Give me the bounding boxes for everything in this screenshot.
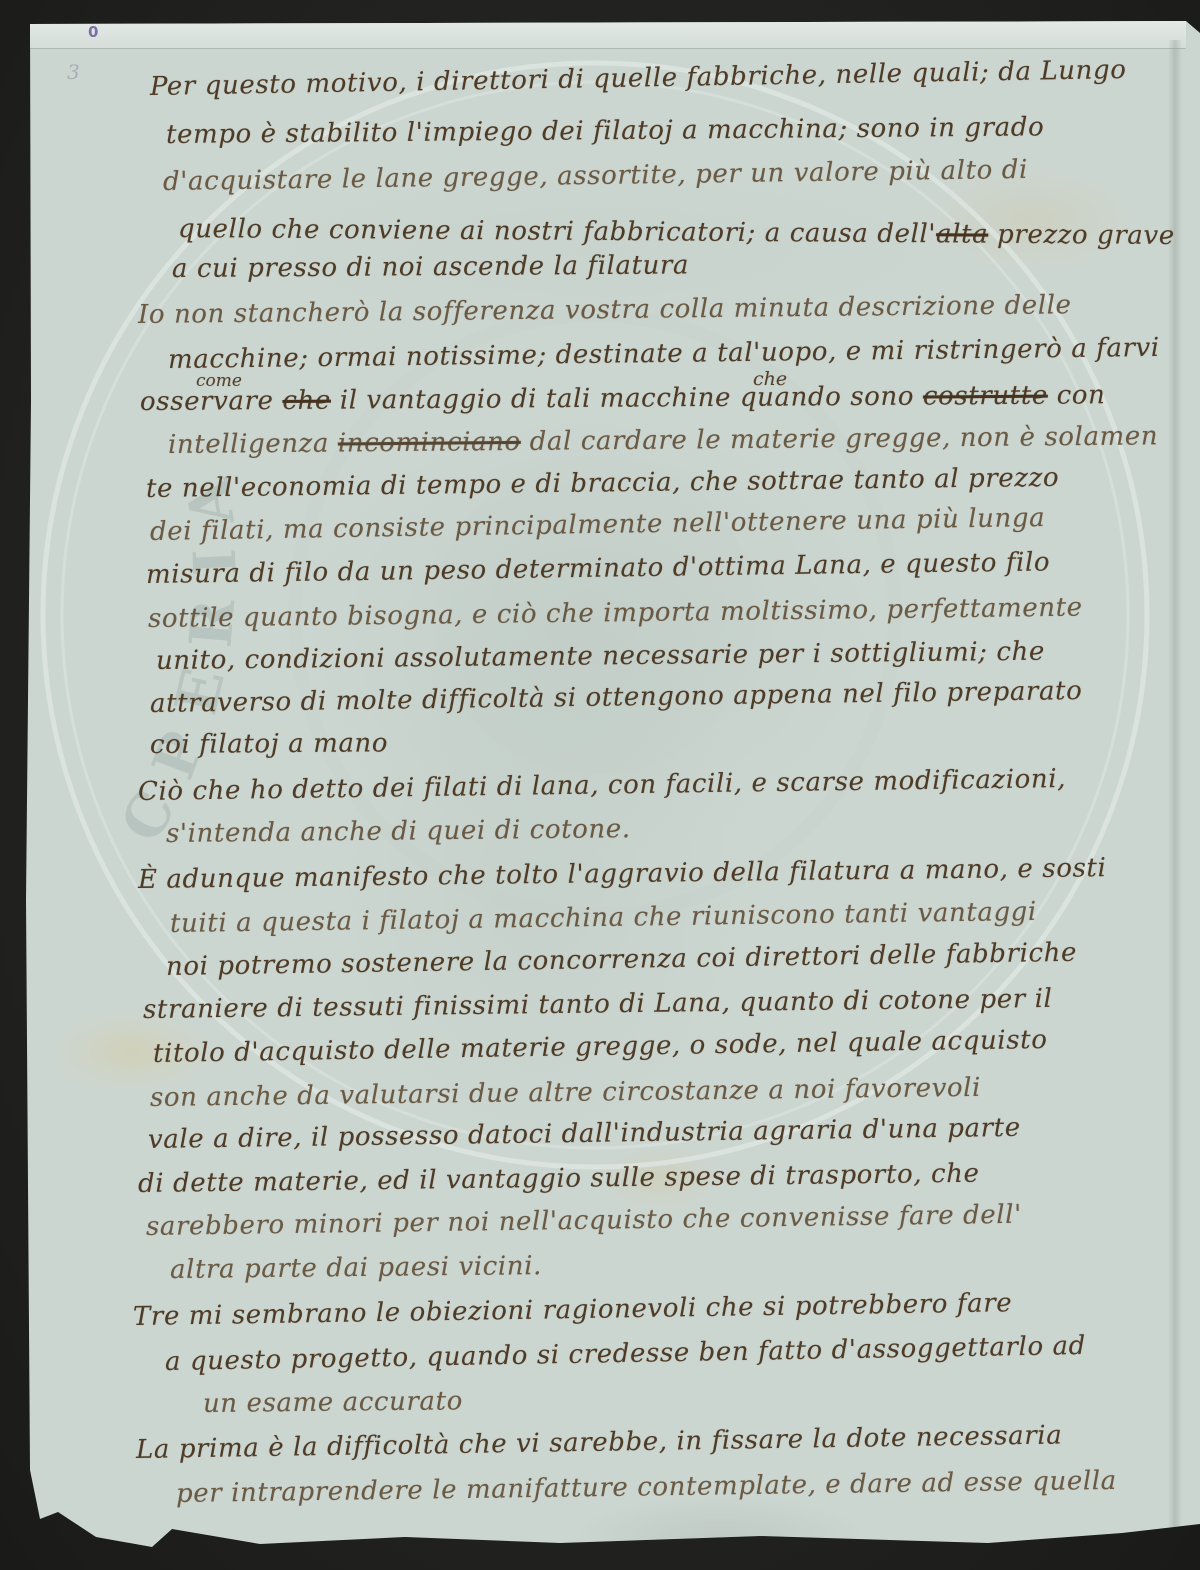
manuscript-line: altra parte dai paesi vicini.: [170, 1253, 542, 1284]
manuscript-line: d'acquistare le lane gregge, assortite, …: [163, 157, 1028, 196]
struck-word: che: [282, 386, 331, 416]
manuscript-line: noi potremo sostenere la concorrenza coi…: [166, 940, 1077, 982]
manuscript-line: attraverso di molte difficoltà si otteng…: [150, 678, 1083, 718]
manuscript-line: sottile quanto bisogna, e ciò che import…: [148, 595, 1083, 634]
struck-word: costrutte: [923, 381, 1048, 412]
manuscript-line: coi filatoj a mano: [150, 730, 388, 759]
underlying-leaf-edge: [30, 21, 1186, 49]
manuscript-line: intelligenza incominciano dal cardare le…: [168, 423, 1158, 459]
struck-word: incominciano: [338, 427, 521, 459]
manuscript-line: a cui presso di noi ascende la filatura: [172, 252, 689, 283]
manuscript-line: son anche da valutarsi due altre circost…: [150, 1075, 981, 1112]
pencil-mark: 3: [67, 60, 80, 84]
manuscript-line: titolo d'acquisto delle materie gregge, …: [153, 1027, 1048, 1068]
manuscript-line: Ciò che ho detto dei filati di lana, con…: [138, 766, 1066, 806]
manuscript-line: osservare che il vantaggio di tali macch…: [140, 382, 1106, 416]
manuscript-line: straniere di tessuti finissimi tanto di …: [143, 986, 1053, 1024]
manuscript-line: misura di filo da un peso determinato d'…: [146, 549, 1051, 589]
manuscript-line: un esame accurato: [203, 1388, 463, 1418]
manuscript-line: Tre mi sembrano le obiezioni ragionevoli…: [133, 1290, 1013, 1331]
manuscript-line: tempo è stabilito l'impiego dei filatoj …: [166, 114, 1045, 149]
manuscript-page: CPERIA 0 3 Per questo motivo, i direttor…: [0, 0, 1200, 1570]
manuscript-line: quello che conviene ai nostri fabbricato…: [178, 216, 1175, 250]
manuscript-line: vale a dire, il possesso datoci dall'ind…: [148, 1115, 1021, 1154]
manuscript-line: unito, condizioni assolutamente necessar…: [156, 639, 1045, 676]
stamp-digit: 0: [88, 23, 98, 41]
manuscript-line: s'intenda anche di quei di cotone.: [166, 816, 631, 848]
manuscript-line: per intraprendere le manifatture contemp…: [176, 1468, 1117, 1508]
line-text: prezzo grave: [988, 220, 1175, 251]
manuscript-line: È adunque manifesto che tolto l'aggravio…: [138, 855, 1107, 894]
manuscript-line: di dette materie, ed il vantaggio sulle …: [138, 1161, 980, 1199]
struck-word: alta: [936, 219, 988, 249]
manuscript-line: sarebbero minori per noi nell'acquisto c…: [146, 1202, 1022, 1242]
manuscript-line: a questo progetto, quando si credesse be…: [165, 1333, 1086, 1376]
line-text: quello che conviene ai nostri fabbricato…: [178, 214, 936, 249]
line-text: intelligenza: [168, 429, 338, 460]
manuscript-line: Io non stancherò la sofferenza vostra co…: [138, 292, 1072, 329]
line-text: con: [1048, 380, 1106, 410]
line-text: dal cardare le materie gregge, non è sol…: [521, 421, 1159, 457]
manuscript-line: te nell'economia di tempo e di braccia, …: [146, 465, 1059, 503]
manuscript-line: tuiti a questa i filatoj a macchina che …: [170, 899, 1037, 938]
line-text: il vantaggio di tali macchine: [331, 383, 740, 416]
inserted-word-come: come: [196, 371, 242, 391]
manuscript-line: macchine; ormai notissime; destinate a t…: [168, 335, 1160, 374]
manuscript-line: La prima è la difficoltà che vi sarebbe,…: [136, 1422, 1063, 1464]
right-fold-crease: [1168, 40, 1182, 1535]
manuscript-line: dei filati, ma consiste principalmente n…: [150, 505, 1046, 546]
inserted-word-che: che: [753, 368, 787, 390]
scan-background: CPERIA 0 3 Per questo motivo, i direttor…: [0, 0, 1200, 1570]
manuscript-line: Per questo motivo, i direttori di quelle…: [150, 57, 1127, 101]
